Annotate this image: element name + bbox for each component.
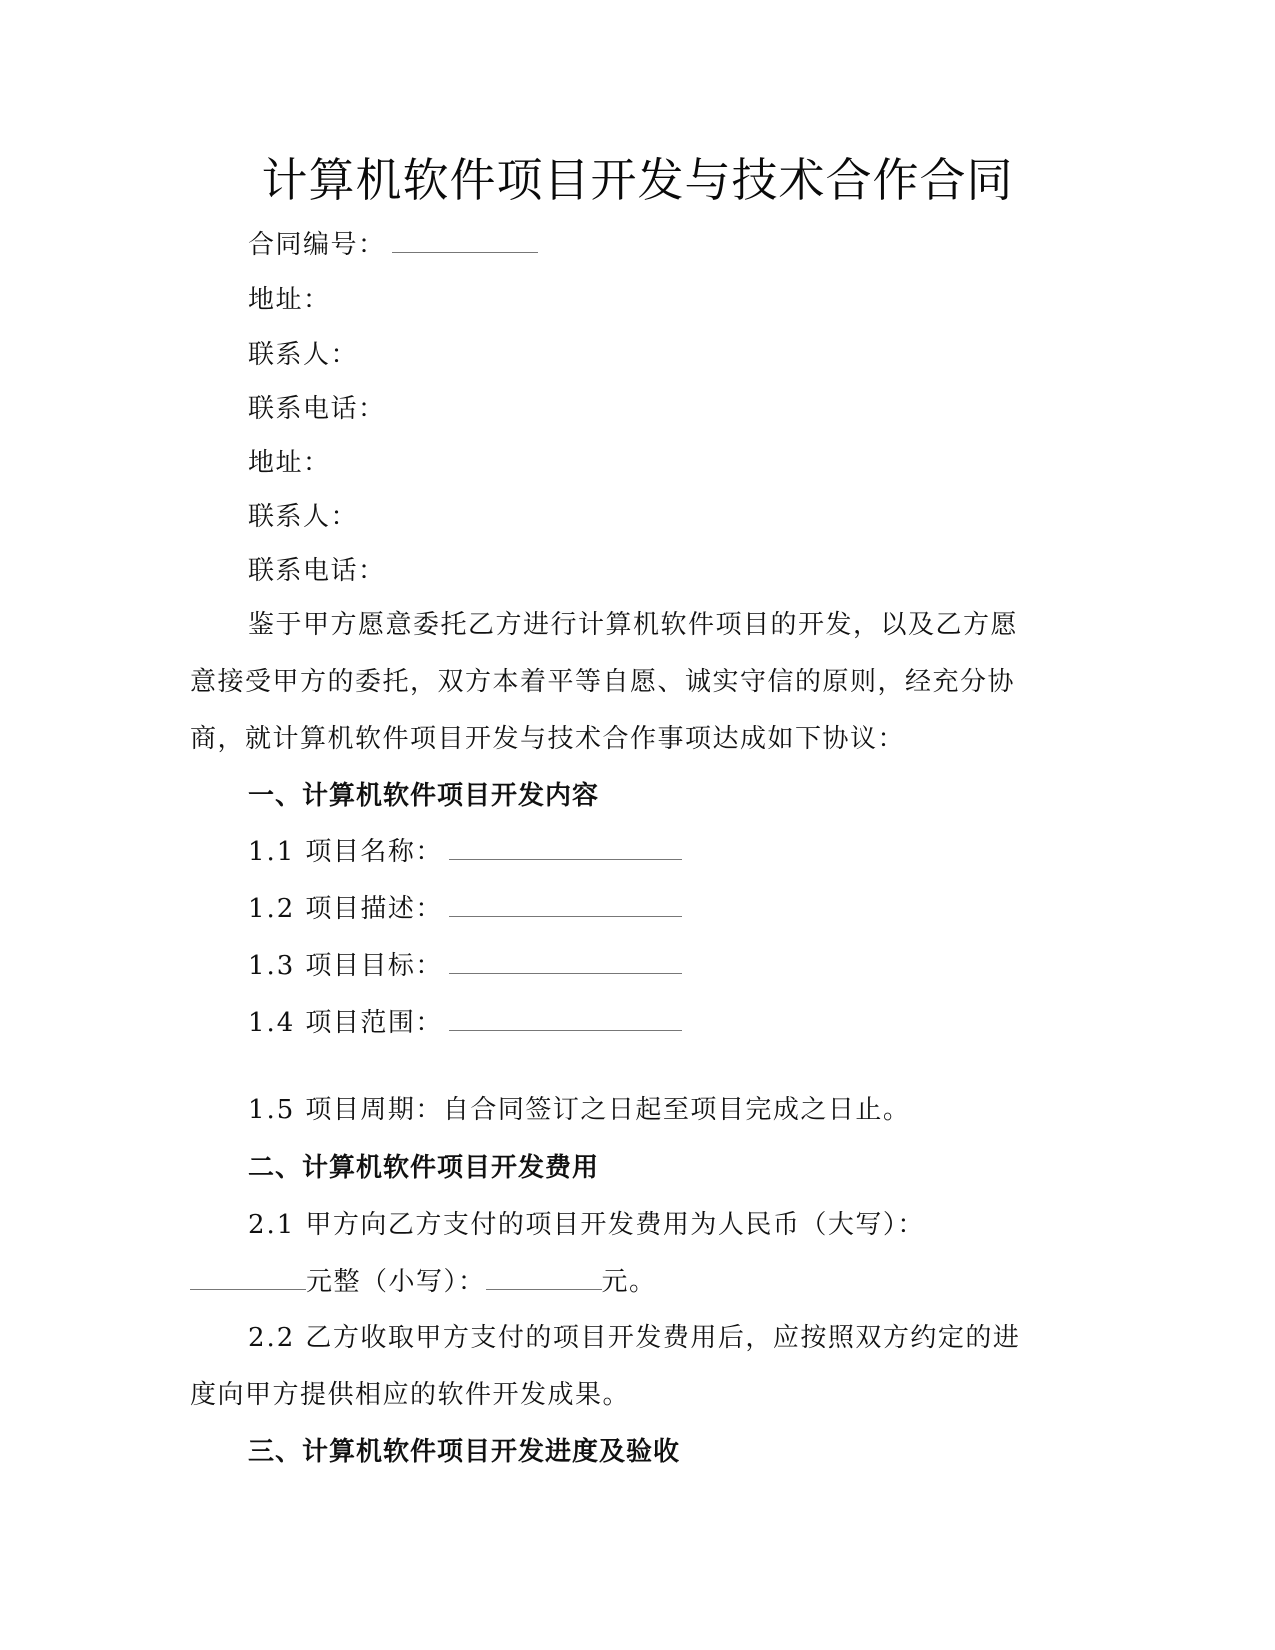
field-label: 联系电话： bbox=[248, 556, 386, 586]
field-label: 合同编号： bbox=[248, 230, 386, 260]
clause-text: 乙方收取甲方支付的项目开发费用后，应按照双方约定的进 bbox=[305, 1323, 1020, 1353]
field-address-a: 地址： bbox=[248, 272, 1128, 329]
clause-text: 甲方向乙方支付的项目开发费用为人民币（大写）： bbox=[305, 1210, 925, 1240]
field-contact-b: 联系人： bbox=[248, 489, 1128, 546]
clause-number: 1.1 bbox=[248, 837, 295, 867]
section-2-heading: 二、计算机软件项目开发费用 bbox=[248, 1140, 1128, 1197]
field-contact-a: 联系人： bbox=[248, 327, 1128, 384]
clause-text: 元整（小写）： bbox=[306, 1267, 486, 1297]
field-label: 联系人： bbox=[248, 340, 358, 370]
clause-label: 项目目标： bbox=[305, 951, 443, 981]
field-phone-b: 联系电话： bbox=[248, 543, 1128, 600]
section-3-heading: 三、计算机软件项目开发进度及验收 bbox=[248, 1424, 1128, 1481]
field-label: 联系电话： bbox=[248, 394, 386, 424]
field-label: 地址： bbox=[248, 448, 331, 478]
preamble-line-2: 意接受甲方的委托，双方本着平等自愿、诚实守信的原则，经充分协 bbox=[190, 654, 1070, 711]
clause-text: 自合同签订之日起至项目完成之日止。 bbox=[443, 1095, 911, 1125]
field-label: 地址： bbox=[248, 285, 331, 315]
clause-1-3: 1.3项目目标： bbox=[248, 938, 1128, 995]
clause-1-2: 1.2项目描述： bbox=[248, 881, 1128, 938]
clause-number: 2.2 bbox=[248, 1323, 295, 1353]
clause-label: 项目范围： bbox=[305, 1008, 443, 1038]
clause-text: 元。 bbox=[602, 1267, 657, 1297]
amount-lowercase-blank[interactable] bbox=[486, 1288, 602, 1290]
section-1-heading: 一、计算机软件项目开发内容 bbox=[248, 768, 1128, 825]
project-description-blank[interactable] bbox=[449, 915, 682, 917]
project-scope-blank[interactable] bbox=[449, 1029, 682, 1031]
clause-2-2-line-2: 度向甲方提供相应的软件开发成果。 bbox=[190, 1367, 1070, 1424]
clause-label: 项目周期： bbox=[305, 1095, 443, 1125]
clause-label: 项目描述： bbox=[305, 894, 443, 924]
field-label: 联系人： bbox=[248, 502, 358, 532]
clause-number: 1.2 bbox=[248, 894, 295, 924]
field-contract-number: 合同编号： bbox=[248, 217, 1128, 274]
field-address-b: 地址： bbox=[248, 435, 1128, 492]
clause-number: 1.4 bbox=[248, 1008, 295, 1038]
clause-1-5: 1.5项目周期：自合同签订之日起至项目完成之日止。 bbox=[248, 1082, 1128, 1139]
project-name-blank[interactable] bbox=[449, 858, 682, 860]
project-goal-blank[interactable] bbox=[449, 972, 682, 974]
clause-number: 2.1 bbox=[248, 1210, 295, 1240]
document-title: 计算机软件项目开发与技术合作合同 bbox=[0, 152, 1275, 208]
clause-number: 1.5 bbox=[248, 1095, 295, 1125]
clause-label: 项目名称： bbox=[305, 837, 443, 867]
clause-2-2-line-1: 2.2乙方收取甲方支付的项目开发费用后，应按照双方约定的进 bbox=[248, 1310, 1128, 1367]
clause-2-1-line-2: 元整（小写）：元。 bbox=[190, 1254, 1070, 1311]
clause-number: 1.3 bbox=[248, 951, 295, 981]
preamble-line-3: 商，就计算机软件项目开发与技术合作事项达成如下协议： bbox=[190, 711, 1070, 768]
field-phone-a: 联系电话： bbox=[248, 381, 1128, 438]
document-page: 计算机软件项目开发与技术合作合同 合同编号： 地址： 联系人： 联系电话： 地址… bbox=[0, 0, 1275, 1650]
amount-uppercase-blank[interactable] bbox=[190, 1288, 306, 1290]
preamble-line-1: 鉴于甲方愿意委托乙方进行计算机软件项目的开发，以及乙方愿 bbox=[248, 597, 1128, 654]
contract-number-blank[interactable] bbox=[392, 251, 538, 253]
clause-1-4: 1.4项目范围： bbox=[248, 995, 1128, 1052]
clause-1-1: 1.1项目名称： bbox=[248, 824, 1128, 881]
clause-2-1-line-1: 2.1甲方向乙方支付的项目开发费用为人民币（大写）： bbox=[248, 1197, 1128, 1254]
